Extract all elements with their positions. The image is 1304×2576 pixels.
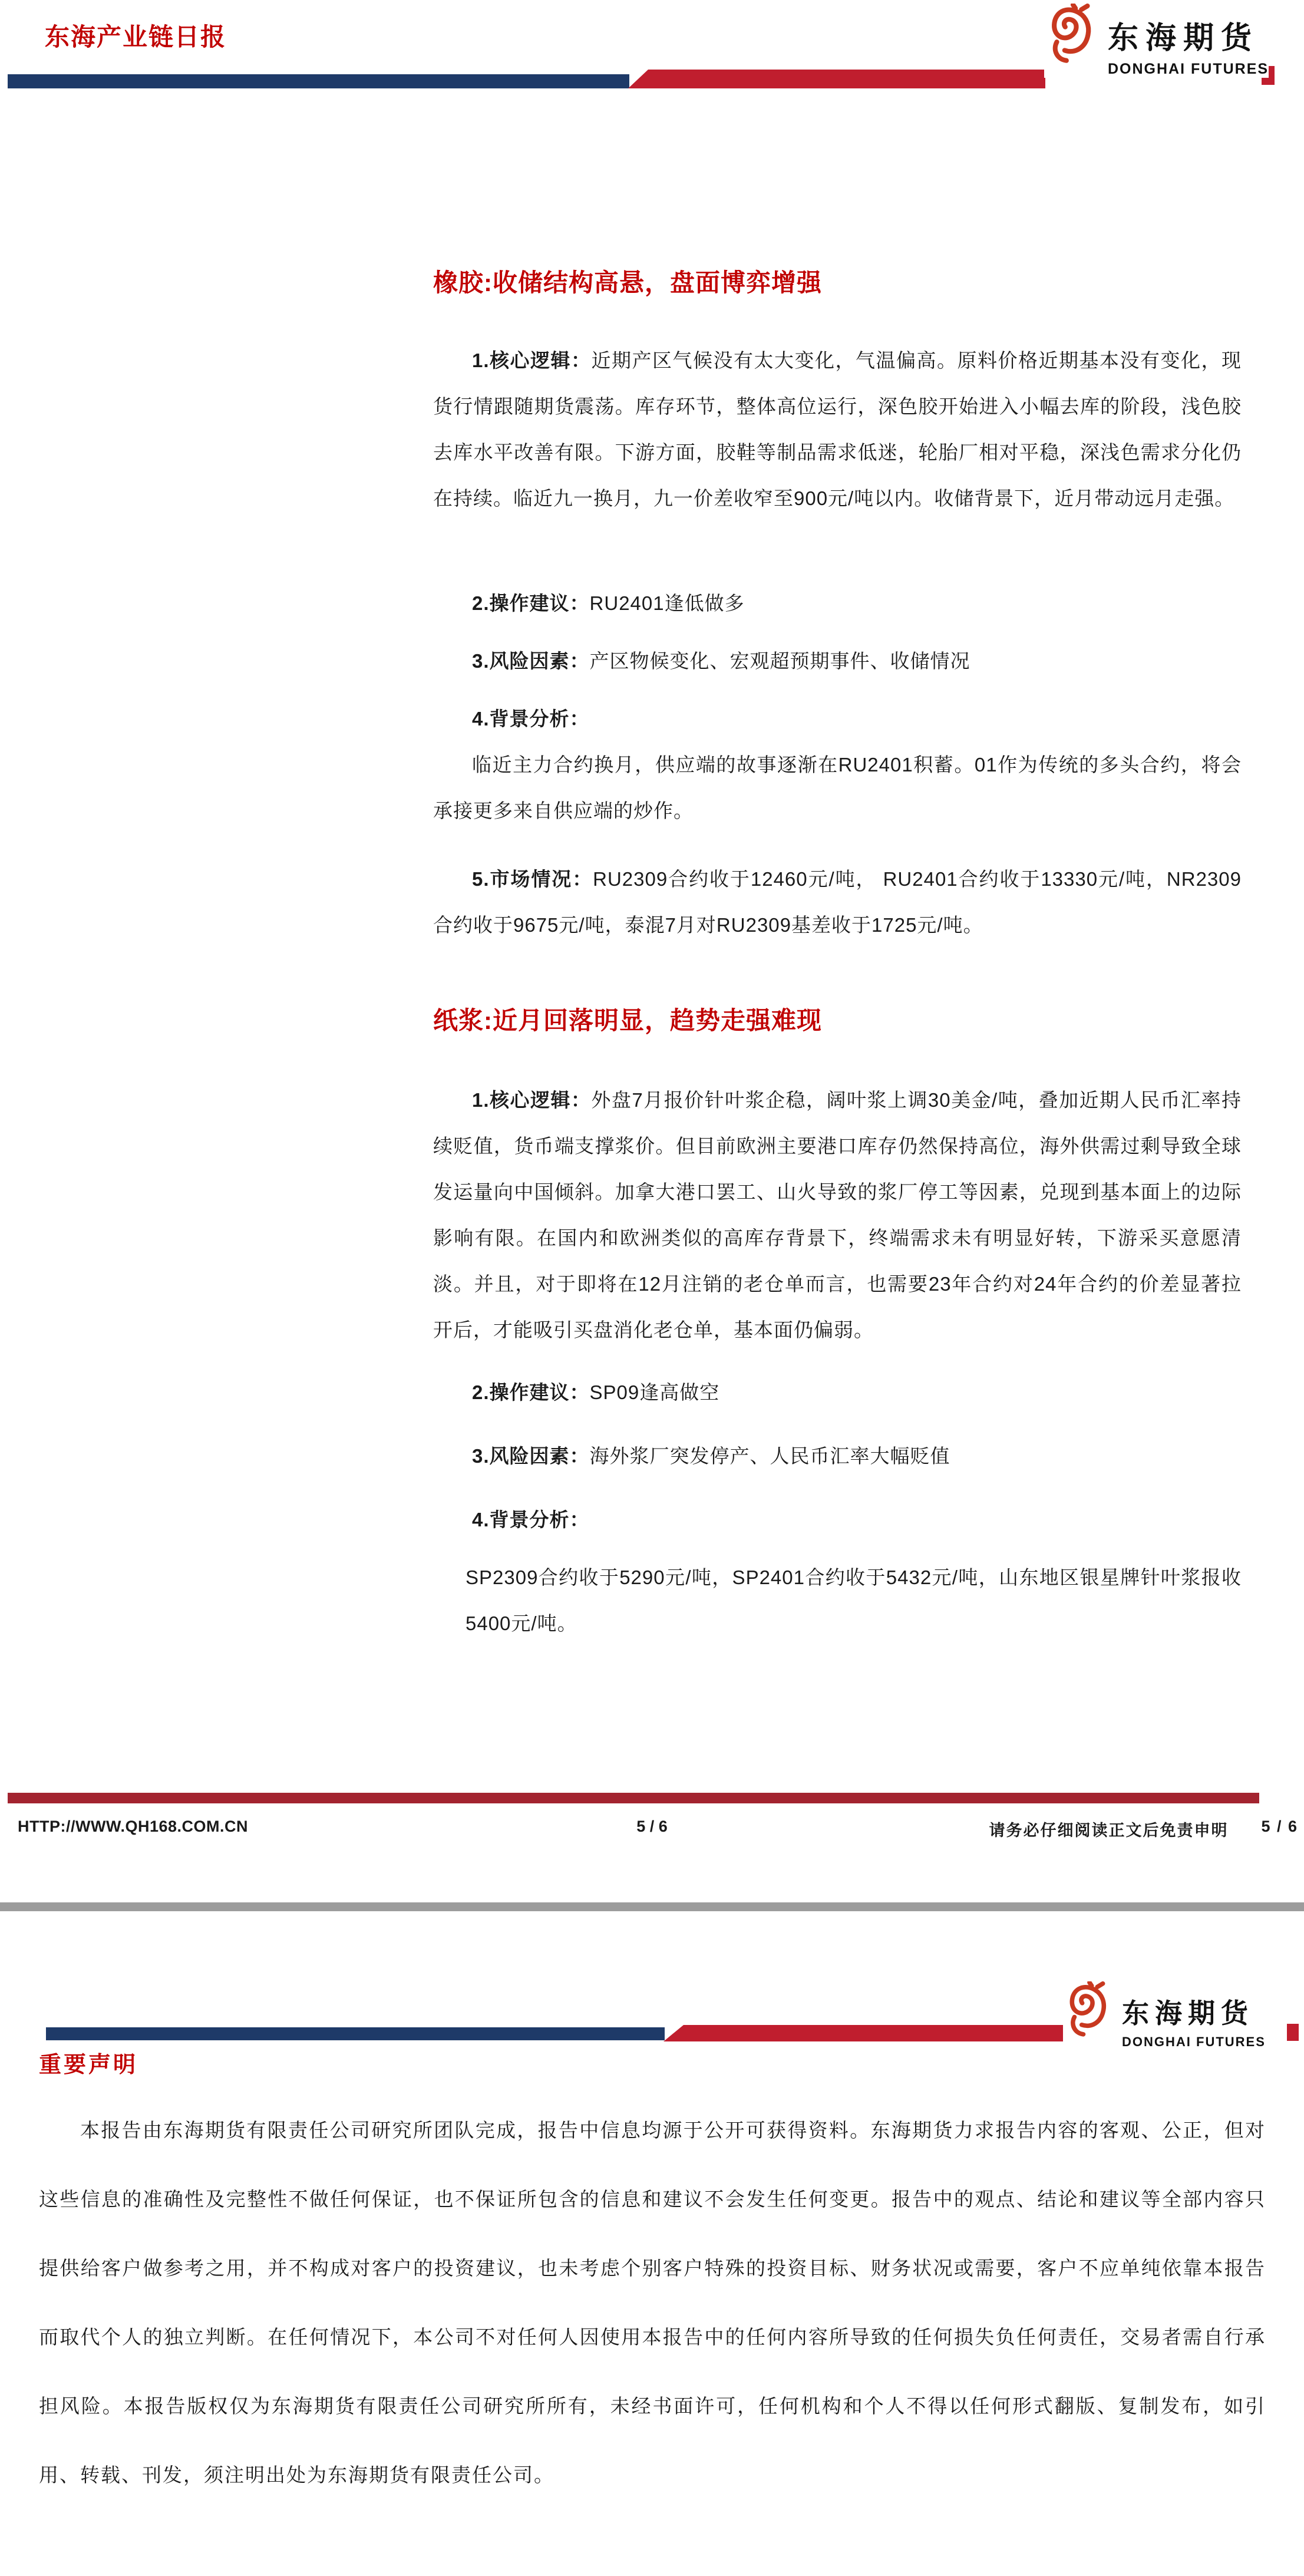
pulp-risk-factors: 3.风险因素：海外浆厂突发停产、人民币汇率大幅贬值 [433, 1433, 1242, 1479]
paragraph-text: 外盘7月报价针叶浆企稳，阔叶浆上调30美金/吨，叠加近期人民币汇率持续贬值，货币… [433, 1089, 1242, 1341]
rubber-market-situation: 5.市场情况：RU2309合约收于12460元/吨， RU2401合约收于133… [433, 856, 1242, 948]
dragon-logo-icon [1063, 1981, 1115, 2043]
important-notice-body: 本报告由东海期货有限责任公司研究所团队完成，报告中信息均源于公开可获得资料。东海… [39, 2096, 1266, 2509]
paragraph-label: 3.风险因素： [472, 1445, 590, 1467]
page-separator [0, 1902, 1304, 1911]
header-divider-red [663, 2025, 1065, 2041]
paragraph-label: 3.风险因素： [472, 650, 590, 672]
rubber-background-text: 临近主力合约换月，供应端的故事逐渐在RU2401积蓄。01作为传统的多头合约，将… [433, 742, 1242, 834]
pulp-operation-advice: 2.操作建议：SP09逢高做空 [433, 1370, 1242, 1416]
paragraph-label: 1.核心逻辑： [472, 1089, 591, 1111]
logo-cn-text: 东海期货 [1108, 13, 1269, 57]
important-notice-title: 重要声明 [39, 2046, 138, 2079]
footer-divider-bar [8, 1793, 1259, 1803]
header-divider-blue [8, 74, 629, 88]
logo-red-square [1287, 2024, 1299, 2041]
pulp-background-text: SP2309合约收于5290元/吨，SP2401合约收于5432元/吨，山东地区… [433, 1555, 1242, 1647]
paragraph-text: RU2401逢低做多 [590, 592, 745, 614]
rubber-risk-factors: 3.风险因素：产区物候变化、宏观超预期事件、收储情况 [433, 638, 1242, 684]
logo-cn-text: 东海期货 [1122, 1992, 1266, 2031]
page-footer: HTTP://WWW.QH168.COM.CN 5 / 6 请务必仔细阅读正文后… [0, 1818, 1304, 1841]
header-divider-blue [46, 2027, 665, 2040]
section-title-pulp: 纸浆:近月回落明显，趋势走强难现 [433, 1004, 1242, 1037]
report-series-title: 东海产业链日报 [45, 18, 226, 53]
paragraph-text: 海外浆厂突发停产、人民币汇率大幅贬值 [590, 1445, 950, 1467]
footer-disclaimer-note: 请务必仔细阅读正文后免责申明 [989, 1818, 1228, 1841]
paragraph-label: 1.核心逻辑： [472, 349, 592, 371]
paragraph-label: 5.市场情况： [472, 868, 593, 890]
donghai-logo: 东海期货 DONGHAI FUTURES [1063, 1981, 1266, 2050]
section-title-rubber: 橡胶:收储结构高悬，盘面博弈增强 [433, 266, 1242, 299]
paragraph-label: 4.背景分析： [472, 708, 590, 730]
paragraph-label: 2.操作建议： [472, 1381, 590, 1403]
pulp-core-logic: 1.核心逻辑：外盘7月报价针叶浆企稳，阔叶浆上调30美金/吨，叠加近期人民币汇率… [433, 1077, 1242, 1353]
dragon-logo-icon [1044, 4, 1101, 70]
rubber-background-analysis: 4.背景分析： [433, 696, 1242, 742]
paragraph-text: SP09逢高做空 [590, 1381, 720, 1403]
logo-en-text: DONGHAI FUTURES [1122, 2034, 1266, 2050]
pulp-background-analysis: 4.背景分析： [433, 1497, 1242, 1543]
report-page: 东海产业链日报 东海期货 DONGHAI FUTURES 橡胶:收储结构高悬，盘… [0, 0, 1304, 2576]
logo-en-text: DONGHAI FUTURES [1108, 61, 1269, 78]
donghai-logo: 东海期货 DONGHAI FUTURES [1044, 4, 1269, 78]
paragraph-text: SP2309合约收于5290元/吨，SP2401合约收于5432元/吨，山东地区… [466, 1566, 1242, 1634]
rubber-core-logic: 1.核心逻辑：近期产区气候没有太大变化，气温偏高。原料价格近期基本没有变化，现货… [433, 338, 1242, 522]
footer-page-number-right: 5 / 6 [1261, 1818, 1298, 1841]
paragraph-label: 2.操作建议： [472, 592, 590, 614]
paragraph-text: 近期产区气候没有太大变化，气温偏高。原料价格近期基本没有变化，现货行情跟随期货震… [433, 349, 1242, 509]
header-divider-red [628, 70, 1045, 88]
paragraph-text: 产区物候变化、宏观超预期事件、收储情况 [590, 650, 970, 672]
paragraph-label: 4.背景分析： [472, 1509, 590, 1531]
rubber-operation-advice: 2.操作建议：RU2401逢低做多 [433, 580, 1242, 626]
report-body: 橡胶:收储结构高悬，盘面博弈增强 1.核心逻辑：近期产区气候没有太大变化，气温偏… [433, 266, 1242, 1647]
paragraph-text: 临近主力合约换月，供应端的故事逐渐在RU2401积蓄。01作为传统的多头合约，将… [433, 754, 1242, 822]
